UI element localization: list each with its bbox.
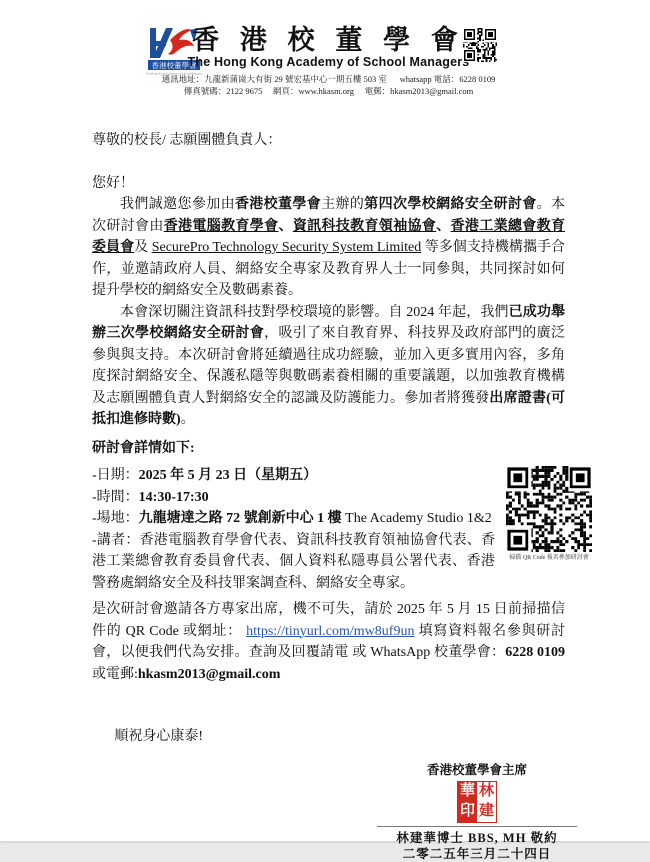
signature-line: 林建華博士 BBS, MH 敬約 二零二五年三月二十四日 [377, 826, 577, 862]
letter-page: 香港校董學會 The Hong Kong Academy of School M… [0, 0, 650, 841]
text-segment: -時間： [92, 490, 139, 505]
text-segment: 及 [134, 240, 152, 255]
red-seal-stamp: 華 林 印 建 [457, 781, 497, 823]
closing-wish: 順祝身心康泰! [92, 726, 565, 748]
paragraph-invitation: 我們誠邀您參加由香港校董學會主辦的第四次學校網絡安全研討會。本次研討會由香港電腦… [92, 194, 565, 302]
signer-role: 香港校董學會主席 [377, 762, 577, 778]
contact-line-1: 通訊地址：九龍新蒲崗大有街 29 號宏基中心一期五樓 503 室 whatsap… [92, 73, 565, 85]
seal-char: 建 [477, 802, 496, 822]
text-segment: 資訊科技教育領袖協會 [293, 219, 436, 234]
text-segment: The Academy Studio 1&2 [342, 511, 492, 526]
text-segment: 第四次學校網絡安全研討會 [364, 197, 536, 212]
detail-time: -時間：14:30-17:30 [92, 487, 565, 509]
text-segment: 14:30-17:30 [139, 490, 209, 505]
qr-code-image [463, 28, 497, 62]
contact-line-2: 傳真號碼：2122 9675 網頁：www.hkasm.org 電郵：hkasm… [92, 85, 565, 97]
text-segment: 九龍塘達之路 72 號創新中心 1 樓 [139, 511, 342, 526]
text-segment: 香港校董學會 [235, 197, 321, 212]
text-segment: 主辦的 [321, 197, 364, 212]
text-segment: SecurePro Technology Security System Lim… [152, 240, 422, 255]
text-segment: -講者：香港電腦教育學會代表、資訊科技教育領袖協會代表、香港工業總會教育委員會代… [92, 533, 495, 591]
letter-body: 尊敬的校長/ 志願團體負責人： 您好！ 我們誠邀您參加由香港校董學會主辦的第四次… [92, 130, 565, 748]
registration-qr-block: 掃描 QR Code 報名參加研討會 [506, 466, 592, 562]
paragraph-registration: 是次研討會邀請各方專家出席，機不可失，請於 2025 年 5 月 15 日前掃描… [92, 599, 565, 685]
letter-date: 二零二五年三月二十四日 [377, 846, 577, 862]
text-segment: 。 [181, 412, 195, 427]
text-segment: 或電郵: [92, 667, 138, 682]
seal-char: 林 [477, 782, 496, 802]
paragraph-background: 本會深切關注資訊科技對學校環境的影響。自 2024 年起，我們已成功舉辦三次學校… [92, 302, 565, 431]
text-segment: hkasm2013@gmail.com [138, 667, 281, 682]
seminar-details: -日期：2025 年 5 月 23 日（星期五） -時間：14:30-17:30… [92, 465, 565, 594]
detail-date: -日期：2025 年 5 月 23 日（星期五） [92, 465, 565, 487]
qr-caption: 掃描 QR Code 報名參加研討會 [506, 554, 592, 562]
greeting: 您好！ [92, 173, 565, 195]
detail-venue: -場地：九龍塘達之路 72 號創新中心 1 樓 The Academy Stud… [92, 508, 565, 530]
seal-char: 華 [458, 782, 477, 802]
text-segment: -日期： [92, 468, 139, 483]
text-segment: 2025 年 5 月 23 日（星期五） [139, 468, 318, 483]
letterhead: 香港校董學會 The Hong Kong Academy of School M… [92, 25, 565, 105]
details-heading: 研討會詳情如下: [92, 438, 565, 460]
text-segment: 、 [436, 219, 450, 234]
text-segment: 本會深切關注資訊科技對學校環境的影響。自 2024 年起，我們 [120, 305, 509, 320]
detail-speakers: -講者：香港電腦教育學會代表、資訊科技教育領袖協會代表、香港工業總會教育委員會代… [92, 530, 495, 595]
registration-qr-code [506, 466, 592, 552]
text-segment: 6228 0109 [505, 645, 565, 660]
registration-link[interactable]: https://tinyurl.com/mw8uf9un [246, 624, 414, 639]
text-segment: -場地： [92, 511, 139, 526]
text-segment: 我們誠邀您參加由 [120, 197, 235, 212]
signer-name: 林建華博士 BBS, MH 敬約 [377, 830, 577, 846]
text-segment: 香港電腦教育學會 [164, 219, 279, 234]
seal-char: 印 [458, 802, 477, 822]
letterhead-qr-code [463, 28, 497, 62]
signature-block: 香港校董學會主席 華 林 印 建 林建華博士 BBS, MH 敬約 二零二五年三… [377, 762, 577, 862]
salutation: 尊敬的校長/ 志願團體負責人： [92, 130, 565, 152]
text-segment: 、 [278, 219, 292, 234]
